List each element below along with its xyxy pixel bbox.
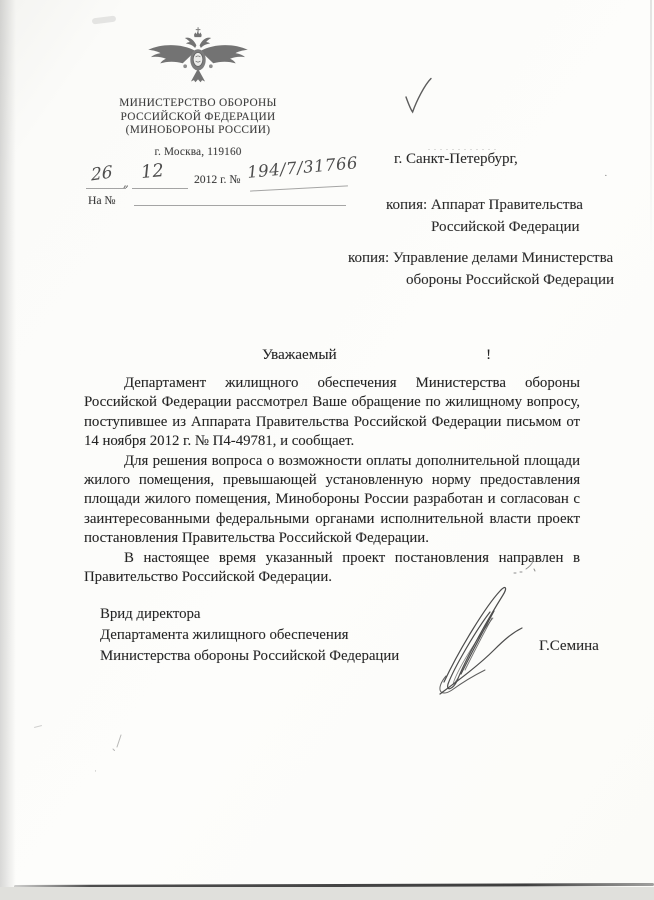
org-address-line: г. Москва, 119160 bbox=[60, 146, 336, 158]
body-paragraph-2: Для решения вопроса о возможности оплаты… bbox=[84, 452, 580, 549]
copy1-line1: копия: Аппарат Правительства bbox=[386, 197, 583, 214]
salutation-text: Уважаемый bbox=[262, 346, 337, 364]
scan-mark bbox=[34, 725, 42, 728]
scan-speck-2: · bbox=[94, 766, 97, 776]
scan-smudge bbox=[92, 16, 117, 25]
signoff-title-line1: Врид директора bbox=[100, 604, 399, 625]
org-name-line1: МИНИСТЕРСТВО ОБОРОНЫ bbox=[60, 97, 336, 111]
salutation-exclamation: ! bbox=[486, 346, 491, 364]
org-name-line3: (МИНОБОРОНЫ РОССИИ) bbox=[60, 124, 336, 138]
copy1-line2: Российской Федерации bbox=[431, 219, 580, 236]
scanner-background bbox=[0, 887, 654, 900]
signer-name: Г.Семина bbox=[539, 638, 599, 655]
na-no-label: На № bbox=[88, 194, 115, 207]
handwritten-checkmark-icon bbox=[398, 76, 436, 127]
pencil-smudge bbox=[512, 560, 546, 583]
doc-number-underline bbox=[250, 185, 348, 191]
copy2-line2: обороны Российской Федерации bbox=[406, 272, 614, 289]
handwritten-signature-icon bbox=[430, 582, 530, 705]
org-name-block: МИНИСТЕРСТВО ОБОРОНЫ РОССИЙСКОЙ ФЕДЕРАЦИ… bbox=[60, 97, 336, 138]
date-day-underline bbox=[86, 188, 126, 189]
copy2-line1: копия: Управление делами Министерства bbox=[348, 250, 613, 267]
handwritten-date-month: 12 bbox=[140, 160, 165, 183]
signoff-title-line2: Департамента жилищного обеспечения bbox=[100, 625, 399, 646]
na-no-underline bbox=[134, 205, 346, 206]
handwritten-date-day: 26 bbox=[91, 162, 113, 185]
year-number-label: 2012 г. № bbox=[194, 173, 240, 186]
scanned-letter-page: МИНИСТЕРСТВО ОБОРОНЫ РОССИЙСКОЙ ФЕДЕРАЦИ… bbox=[0, 0, 654, 900]
scan-left-shadow bbox=[0, 0, 16, 900]
mod-eagle-emblem-icon bbox=[145, 24, 251, 86]
scan-speck: · bbox=[604, 170, 608, 182]
scan-dotted-artifact bbox=[428, 149, 498, 150]
recipient-city: г. Санкт-Петербург, bbox=[394, 151, 518, 168]
signoff-title-line3: Министерства обороны Российской Федераци… bbox=[100, 646, 399, 667]
letter-body: Департамент жилищного обеспечения Минист… bbox=[84, 374, 580, 587]
scan-scratch bbox=[110, 732, 126, 757]
org-name-line2: РОССИЙСКОЙ ФЕДЕРАЦИИ bbox=[60, 111, 336, 125]
body-paragraph-1: Департамент жилищного обеспечения Минист… bbox=[84, 374, 580, 452]
scan-right-edge bbox=[650, 0, 652, 260]
date-month-underline bbox=[132, 188, 188, 189]
signoff-block: Врид директора Департамента жилищного об… bbox=[100, 604, 399, 666]
